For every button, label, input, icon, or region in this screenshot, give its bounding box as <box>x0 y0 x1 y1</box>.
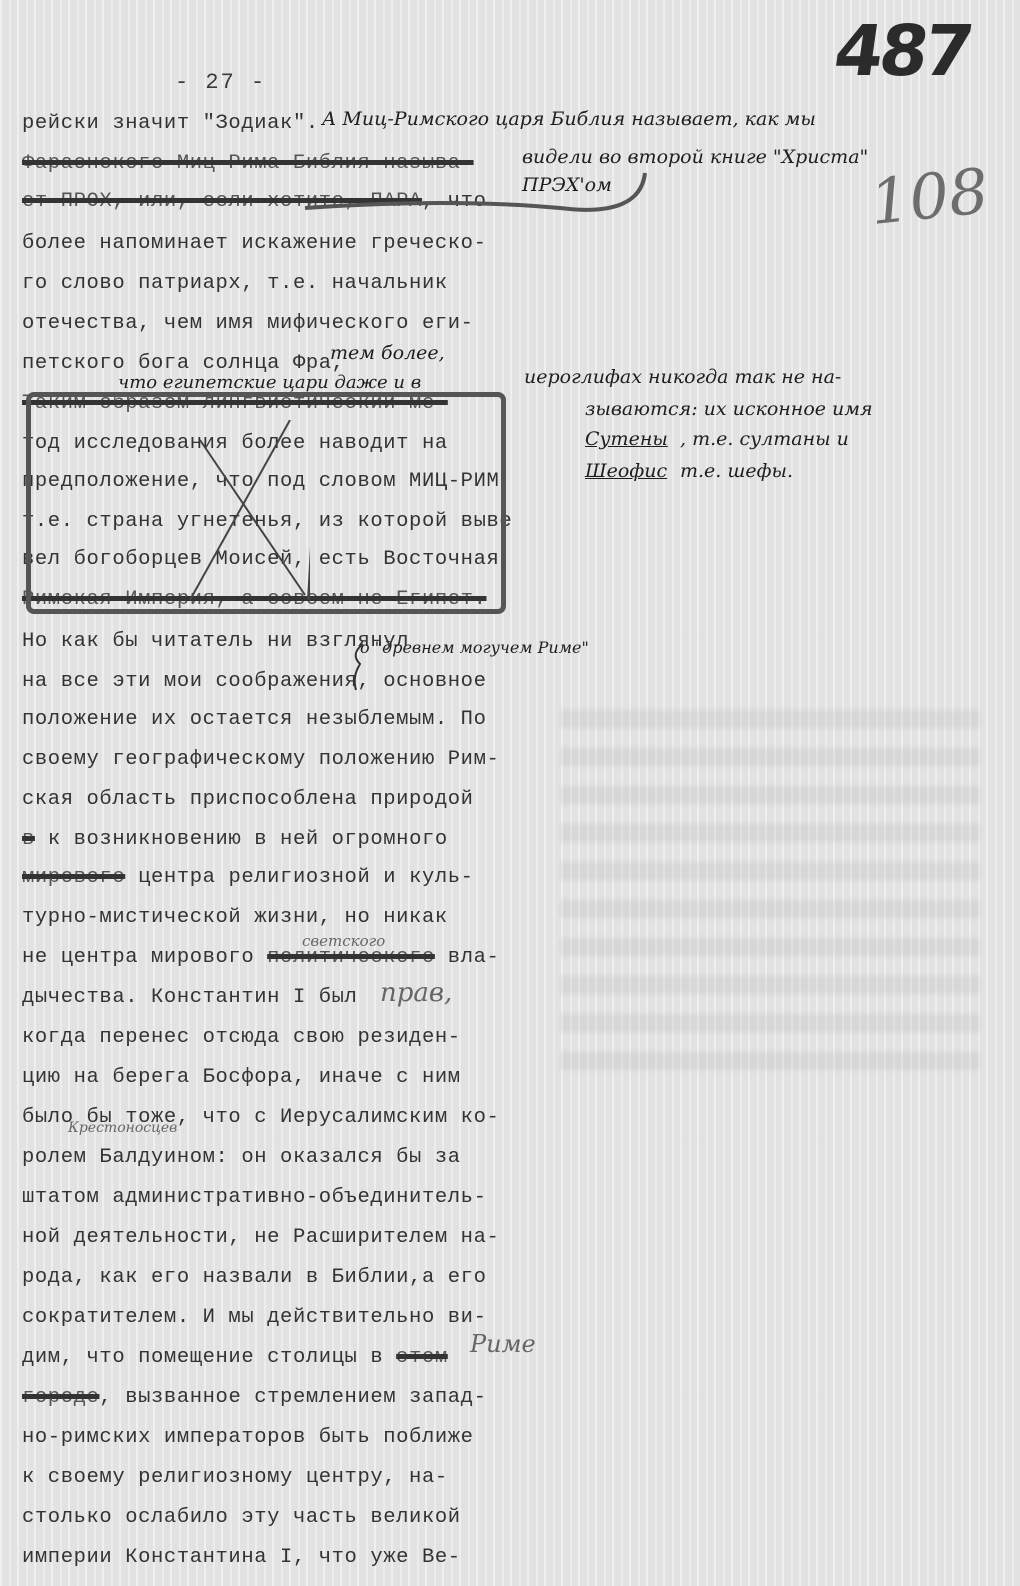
typed-line: го слово патриарх, т.е. начальник <box>22 272 448 295</box>
line-text: го слово патриарх, т.е. начальник <box>22 272 448 295</box>
typed-line: рейски значит "Зодиак". <box>22 112 319 135</box>
bleed-through-line <box>560 710 980 728</box>
typed-line: сократителем. И мы действительно ви- <box>22 1306 486 1329</box>
typed-line: столько ослабило эту часть великой <box>22 1506 461 1529</box>
typed-line: более напоминает искажение греческо- <box>22 232 486 255</box>
line-text: столько ослабило эту часть великой <box>22 1506 461 1529</box>
bleed-through-line <box>560 862 980 880</box>
handwritten-note: прав, <box>380 978 452 1008</box>
line-suffix: , что <box>422 190 487 213</box>
typed-line: отечества, чем имя мифического еги- <box>22 312 474 335</box>
struck-word: в <box>22 828 35 851</box>
handwritten-note: А Миц-Римского царя Библия называет, как… <box>322 108 816 130</box>
bleed-through-line <box>560 748 980 766</box>
bleed-through-line <box>560 824 980 842</box>
typed-line: т.е. страна угнетенья, из которой вывe <box>22 510 512 533</box>
handwritten-note: Сутены <box>585 428 668 450</box>
typed-line: предположение, что под словом МИЦ-РИМ <box>22 470 499 493</box>
line-text: своему географическому положению Рим- <box>22 748 499 771</box>
line-text: Но как бы читатель ни взглянул <box>22 630 409 653</box>
line-text: отечества, чем имя мифического еги- <box>22 312 474 335</box>
bleed-through-line <box>560 900 980 918</box>
line-text: сократителем. И мы действительно ви- <box>22 1306 486 1329</box>
handwritten-note: о "древнем могучем Риме" <box>360 638 589 657</box>
typed-line: но-римских императоров быть поближе <box>22 1426 474 1449</box>
bleed-through-line <box>560 786 980 804</box>
line-text: Таким образом лингвистический ме- <box>22 392 448 415</box>
line-text: Римская Империя, а совсем не Египет. <box>22 588 486 611</box>
line-text: цию на берега Босфора, иначе с ним <box>22 1066 461 1089</box>
handwritten-note: что египетские цари даже и в <box>118 372 421 393</box>
line-text: т.е. страна угнетенья, из которой вывe <box>22 510 512 533</box>
line-text: ет ПРОХ, или, если хотите, ПАРА <box>22 190 422 213</box>
handwritten-note: Шеофис <box>585 460 667 482</box>
handwritten-note: видели во второй книге "Христа" <box>522 146 868 168</box>
typed-line: Фараонского Миц-Рима Библия называ- <box>22 152 474 175</box>
typed-line: своему географическому положению Рим- <box>22 748 499 771</box>
bleed-through-line <box>560 938 980 956</box>
line-text: положение их остается незыблемым. По <box>22 708 486 731</box>
deletion-box <box>26 392 506 614</box>
line-text: дим, что помещение столицы в <box>22 1346 383 1369</box>
typed-line: мирового центра религиозной и куль- <box>22 866 474 889</box>
handwritten-note: тем более, <box>330 342 445 364</box>
struck-word: городе <box>22 1386 99 1409</box>
handwritten-note: Крестоносцев <box>68 1120 177 1136</box>
typed-line: ет ПРОХ, или, если хотите, ПАРА, что <box>22 190 486 213</box>
line-text: рода, как его назвали в Библии,а его <box>22 1266 486 1289</box>
line-text: штатом административно-объединитель- <box>22 1186 486 1209</box>
handwritten-note: , т.е. султаны и <box>680 428 849 450</box>
typed-line: империи Константина I, что уже Ве- <box>22 1546 461 1569</box>
typed-line: к своему религиозному центру, на- <box>22 1466 448 1489</box>
bleed-through-line <box>560 976 980 994</box>
bleed-through-line <box>560 1052 980 1070</box>
line-text: ролем Балдуином: он оказался бы за <box>22 1146 461 1169</box>
typed-line: турно-мистической жизни, но никак <box>22 906 448 929</box>
handwritten-note: Риме <box>470 1330 536 1358</box>
typed-line: на все эти мои соображения, основное <box>22 670 486 693</box>
line-text: турно-мистической жизни, но никак <box>22 906 448 929</box>
line-suffix: вла- <box>435 946 500 969</box>
typed-line: ролем Балдуином: он оказался бы за <box>22 1146 461 1169</box>
handwritten-note: зываются: их исконное имя <box>585 398 873 420</box>
line-text: предположение, что под словом МИЦ-РИМ <box>22 470 499 493</box>
typed-line: Но как бы читатель ни взглянул <box>22 630 409 653</box>
line-text: вел богоборцев Моисей, есть Восточная <box>22 548 499 571</box>
line-text: более напоминает искажение греческо- <box>22 232 486 255</box>
archive-secondary-number: 108 <box>867 154 992 239</box>
typed-line: тод исследования более наводит на <box>22 432 448 455</box>
scanned-document-page: - 27 - 487 108 рейски значит "Зодиак".Фа… <box>0 0 1020 1586</box>
struck-word: этом <box>396 1346 448 1369</box>
line-text: империи Константина I, что уже Ве- <box>22 1546 461 1569</box>
line-text: рейски значит "Зодиак". <box>22 112 319 135</box>
typed-line: рода, как его назвали в Библии,а его <box>22 1266 486 1289</box>
typed-line: Таким образом лингвистический ме- <box>22 392 448 415</box>
typed-line: дычества. Константин I был <box>22 986 357 1009</box>
typed-line: ной деятельности, не Расширителем на- <box>22 1226 499 1249</box>
typed-line: городе, вызванное стремлением запад- <box>22 1386 486 1409</box>
line-text: к возникновению в ней огромного <box>48 828 448 851</box>
line-text: не центра мирового <box>22 946 254 969</box>
page-number: - 27 - <box>175 70 266 95</box>
line-text: , вызванное стремлением запад- <box>99 1386 486 1409</box>
handwritten-note: светского <box>302 932 385 950</box>
typed-line: в к возникновению в ней огромного <box>22 828 448 851</box>
line-text: ская область приспособлена природой <box>22 788 474 811</box>
typed-line: ская область приспособлена природой <box>22 788 474 811</box>
line-text: тод исследования более наводит на <box>22 432 448 455</box>
line-text: но-римских императоров быть поближе <box>22 1426 474 1449</box>
typed-line: положение их остается незыблемым. По <box>22 708 486 731</box>
handwritten-note: т.е. шефы. <box>680 460 793 482</box>
line-text: на все эти мои соображения, основное <box>22 670 486 693</box>
line-text: к своему религиозному центру, на- <box>22 1466 448 1489</box>
line-text: когда перенес отсюда свою резиден- <box>22 1026 461 1049</box>
typed-line: не центра мирового политического вла- <box>22 946 499 969</box>
typed-line: цию на берега Босфора, иначе с ним <box>22 1066 461 1089</box>
typed-line: дим, что помещение столицы в этом <box>22 1346 448 1369</box>
struck-word: мирового <box>22 866 125 889</box>
line-text: центра религиозной и куль- <box>138 866 473 889</box>
typed-line: Римская Империя, а совсем не Египет. <box>22 588 486 611</box>
bleed-through-line <box>560 1014 980 1032</box>
typed-line: вел богоборцев Моисей, есть Восточная <box>22 548 499 571</box>
line-text: дычества. Константин I был <box>22 986 357 1009</box>
line-text: Фараонского Миц-Рима Библия называ- <box>22 152 474 175</box>
line-text: ной деятельности, не Расширителем на- <box>22 1226 499 1249</box>
typed-line: когда перенес отсюда свою резиден- <box>22 1026 461 1049</box>
typed-line: штатом административно-объединитель- <box>22 1186 486 1209</box>
archive-folio-number: 487 <box>829 10 975 92</box>
handwritten-note: ПРЭХ'ом <box>522 174 612 196</box>
handwritten-note: иероглифах никогда так не на- <box>524 366 841 388</box>
